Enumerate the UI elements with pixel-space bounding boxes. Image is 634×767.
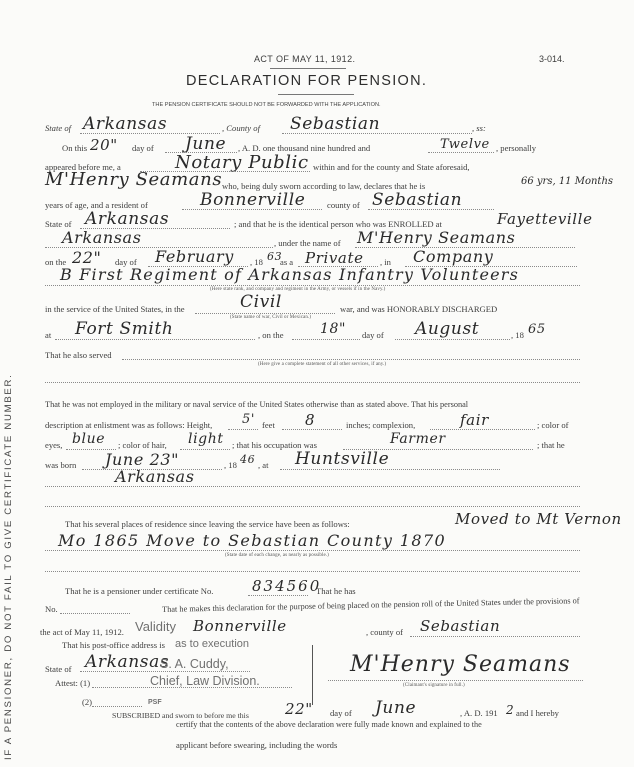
stamp-cuddy-title: Chief, Law Division. xyxy=(150,674,260,688)
line xyxy=(45,571,580,572)
hint-claimant-signature: (Claimant's signature in full.) xyxy=(403,683,465,688)
line xyxy=(282,429,342,430)
label-under-name: , under the name of xyxy=(274,238,341,248)
field-eyes: blue xyxy=(72,431,105,447)
field-po-state: Arkansas xyxy=(85,652,169,672)
line xyxy=(328,680,583,681)
field-born-year: 46 xyxy=(240,453,255,466)
label-on-the: , on the xyxy=(258,330,284,340)
line xyxy=(55,339,255,340)
field-regiment: B First Regiment of Arkansas Infantry Vo… xyxy=(60,265,519,284)
label-at: at xyxy=(45,330,51,340)
label-attest-1: Attest: (1) xyxy=(55,678,90,688)
label-state-of: State of xyxy=(45,664,72,674)
label-state: State of xyxy=(45,123,71,133)
label-county-of: county of xyxy=(327,200,360,210)
hint-residences: (State date of each change, as nearly as… xyxy=(225,553,329,558)
field-complexion: fair xyxy=(460,411,489,429)
field-residence: Bonnerville xyxy=(200,190,305,210)
field-born-place: Huntsville xyxy=(295,449,389,469)
form-number: 3-014. xyxy=(539,54,565,64)
label-eyes: eyes, xyxy=(45,440,62,450)
label-day-of: day of xyxy=(132,143,154,153)
line xyxy=(430,429,535,430)
line xyxy=(292,339,360,340)
stamp-validity: Validity xyxy=(135,619,176,634)
field-discharged-year: 65 xyxy=(528,322,546,337)
field-res-county: Sebastian xyxy=(372,190,462,210)
act-heading: ACT OF MAY 11, 1912. xyxy=(254,54,355,64)
label-day-of: day of xyxy=(362,330,384,340)
label-at: , at xyxy=(258,460,269,470)
line xyxy=(92,687,292,688)
field-occupation: Farmer xyxy=(390,431,446,447)
line xyxy=(410,636,580,637)
label-year-prefix: , 18 xyxy=(511,330,524,340)
field-residences-2: Mo 1865 Move to Sebastian County 1870 xyxy=(58,531,446,550)
label-within: within and for the county and State afor… xyxy=(313,162,470,172)
line xyxy=(45,486,580,487)
label-inches: inches; complexion, xyxy=(346,420,415,430)
field-year-word: Twelve xyxy=(440,137,490,152)
label-pensioner: That he is a pensioner under certificate… xyxy=(65,586,213,596)
text-applicant: applicant before swearing, including the… xyxy=(176,740,337,750)
line xyxy=(45,506,580,507)
forwarding-notice: THE PENSION CERTIFICATE SHOULD NOT BE FO… xyxy=(152,102,381,108)
label-ad: , A. D. 191 xyxy=(460,708,498,718)
hint-war: (State name of war, Civil or Mexican.) xyxy=(230,315,311,320)
label-that-he: ; that he xyxy=(537,440,565,450)
label-attest-2: (2) xyxy=(82,697,92,707)
field-born-state: Arkansas xyxy=(115,467,195,486)
label-feet: feet xyxy=(262,420,275,430)
stamp-validity-execution: as to execution xyxy=(175,638,249,650)
side-notice: IF A PENSIONER, DO NOT FAIL TO GIVE CERT… xyxy=(3,373,14,760)
text-certify: certify that the contents of the above d… xyxy=(176,720,482,729)
label-county-of: , county of xyxy=(366,627,403,637)
heading-rule xyxy=(270,68,346,69)
label-service: in the service of the United States, in … xyxy=(45,304,185,314)
line xyxy=(60,613,130,614)
text-not-employed: That he was not employed in the military… xyxy=(45,400,468,409)
field-age: 66 yrs, 11 Months xyxy=(521,176,613,187)
line xyxy=(122,359,580,360)
field-enrolled-at: Fayetteville xyxy=(497,210,593,228)
field-res-state: Arkansas xyxy=(85,209,169,229)
label-no: No. xyxy=(45,604,58,614)
text-act-of: the act of May 11, 1912. xyxy=(40,627,124,637)
line xyxy=(228,429,258,430)
field-post-office: Bonnerville xyxy=(193,617,287,635)
field-discharged-at: Fort Smith xyxy=(75,319,173,339)
line xyxy=(180,449,230,450)
field-month: June xyxy=(185,134,226,154)
field-claimant-name: M'Henry Seamans xyxy=(45,169,222,190)
field-state: Arkansas xyxy=(83,114,167,134)
line xyxy=(45,382,580,383)
field-height-inches: 8 xyxy=(305,411,315,429)
line xyxy=(368,209,494,210)
label-on-this: On this xyxy=(62,143,87,153)
label-personally: , personally xyxy=(496,143,536,153)
field-enrolled-state: Arkansas xyxy=(62,228,142,247)
label-post-office: That his post-office address is xyxy=(62,640,165,650)
field-sworn-year-digit: 2 xyxy=(506,703,514,717)
hint-rank: (Here state rank, and company and regime… xyxy=(210,287,385,292)
line xyxy=(248,595,308,596)
divider xyxy=(312,645,313,705)
label-color-hair: ; color of hair, xyxy=(118,440,167,450)
line xyxy=(395,339,510,340)
line xyxy=(45,550,580,551)
label-color-of: ; color of xyxy=(537,420,569,430)
line xyxy=(282,133,472,134)
field-hair: light xyxy=(188,431,224,447)
text-makes-declaration: That he makes this declaration for the p… xyxy=(162,596,580,614)
field-enrolled-name: M'Henry Seamans xyxy=(357,228,515,247)
line xyxy=(45,285,580,286)
label-discharged: war, and was HONORABLY DISCHARGED xyxy=(340,304,497,314)
label-also-served: That he also served xyxy=(45,350,112,360)
label-was-born: was born xyxy=(45,460,76,470)
line xyxy=(182,209,322,210)
label-day-of: day of xyxy=(330,708,352,718)
field-discharged-day: 18" xyxy=(320,321,346,337)
label-that-he-has: That he has xyxy=(316,586,356,596)
line xyxy=(195,313,335,314)
field-company: Company xyxy=(413,247,493,266)
claimant-signature: M'Henry Seamans xyxy=(350,652,571,677)
field-height-feet: 5' xyxy=(242,412,255,427)
label-county: , County of xyxy=(222,123,260,133)
hint-also: (Here give a complete statement of all o… xyxy=(258,362,386,367)
label-residences: That his several places of residence sin… xyxy=(65,519,350,529)
field-county: Sebastian xyxy=(290,114,380,134)
field-po-county: Sebastian xyxy=(420,617,500,635)
field-day: 20" xyxy=(90,136,118,154)
stamp-cuddy-name: S. A. Cuddy, xyxy=(160,657,229,671)
field-residences-1: Moved to Mt Vernon xyxy=(455,510,622,528)
text-subscribed: SUBSCRIBED and sworn to before me this xyxy=(112,711,249,720)
label-hereby: and I hereby xyxy=(516,708,559,718)
line xyxy=(80,671,250,672)
field-discharged-month: August xyxy=(415,319,479,339)
stamp-psf: PSF xyxy=(148,699,162,706)
label-born-year: , 18 xyxy=(224,460,237,470)
title-rule xyxy=(278,94,354,95)
label-description: description at enlistment was as follows… xyxy=(45,420,212,430)
field-sworn-month: June xyxy=(375,698,416,718)
field-certificate-number: 834560 xyxy=(252,577,321,595)
line xyxy=(280,469,500,470)
label-ss: , ss: xyxy=(472,123,486,133)
field-sworn-day: 22" xyxy=(285,700,313,718)
document-title: DECLARATION FOR PENSION. xyxy=(186,73,427,89)
field-war: Civil xyxy=(240,292,282,312)
line xyxy=(428,152,494,153)
field-enrolled-month: February xyxy=(155,247,234,266)
line xyxy=(92,706,142,707)
